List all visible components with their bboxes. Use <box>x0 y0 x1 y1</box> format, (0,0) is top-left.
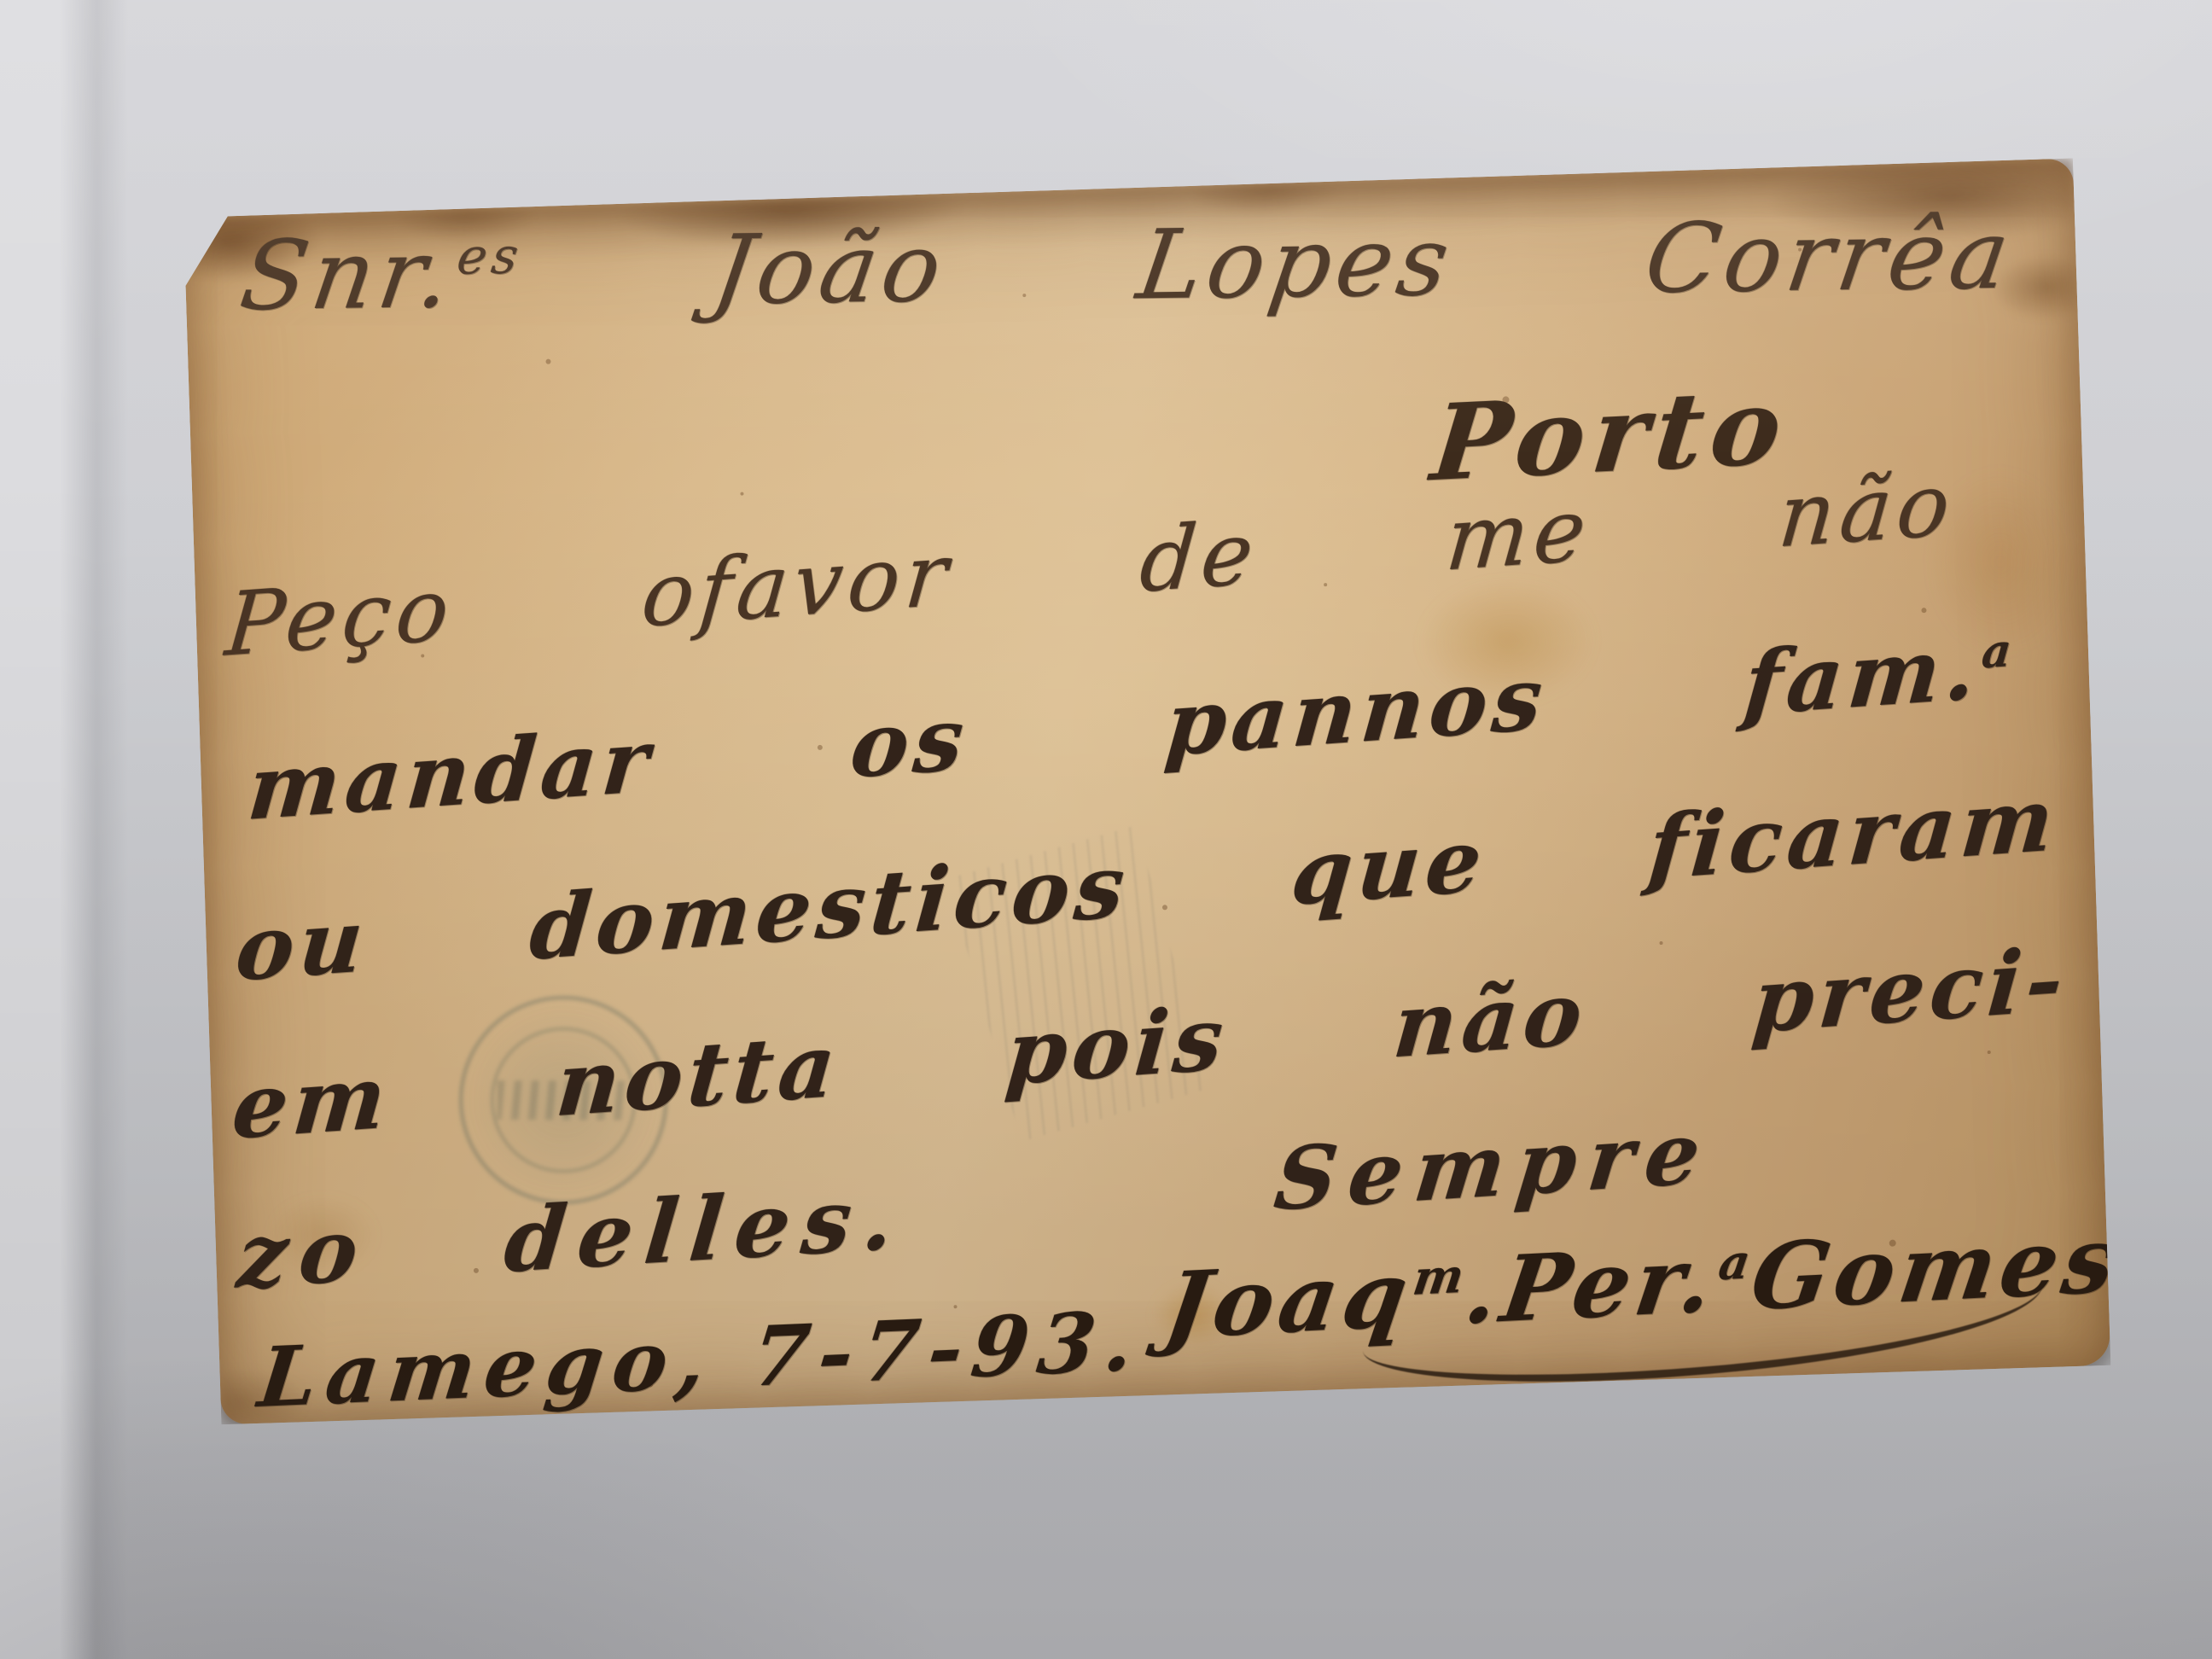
recipient-first-name: João <box>707 212 954 327</box>
photo-background: Snr.es João Lopes Corrêa Porto Peçoofavo… <box>0 0 2212 1659</box>
handwritten-word: notta <box>552 1014 844 1137</box>
recipient-last-name: Corrêa <box>1639 200 2021 315</box>
handwritten-word-abbreviation: fam.a <box>1740 614 2020 736</box>
postcard: Snr.es João Lopes Corrêa Porto Peçoofavo… <box>183 158 2110 1424</box>
handwritten-word: não <box>1775 453 1959 568</box>
paper-speckles <box>183 218 187 221</box>
signature-superscript: m <box>1410 1247 1473 1306</box>
abbreviation-superscript: a <box>1980 622 2019 678</box>
handwritten-word: que <box>1287 809 1490 926</box>
handwritten-word: não <box>1389 962 1591 1079</box>
body-line-5: zo delles. <box>233 1166 910 1308</box>
honorific-superscript: es <box>453 227 527 286</box>
closing-line: Sempre <box>1270 1101 1717 1230</box>
handwritten-word: domesticos <box>526 835 1133 981</box>
dateline: Lamego, 7-7-93. <box>254 1292 1149 1426</box>
recipient-middle-name: Lopes <box>1131 207 1460 322</box>
handwritten-word: ofavor <box>637 523 956 647</box>
handwritten-word: pannos <box>1161 647 1551 777</box>
handwritten-word: mandar <box>244 709 658 841</box>
address-line: Snr.es João Lopes Corrêa <box>234 200 2021 333</box>
handwritten-word: Peço <box>222 558 458 677</box>
handwritten-word: os <box>847 687 973 799</box>
handwritten-word: preci- <box>1749 928 2072 1054</box>
handwritten-word: me <box>1442 479 1595 591</box>
handwritten-word: ou <box>232 889 372 1002</box>
handwritten-word: pois <box>1002 987 1231 1105</box>
address-honorific: Snr.es <box>234 218 528 332</box>
handwritten-word: ficaram <box>1644 768 2063 900</box>
handwritten-word: em <box>229 1045 395 1160</box>
handwritten-word: de <box>1136 502 1262 613</box>
